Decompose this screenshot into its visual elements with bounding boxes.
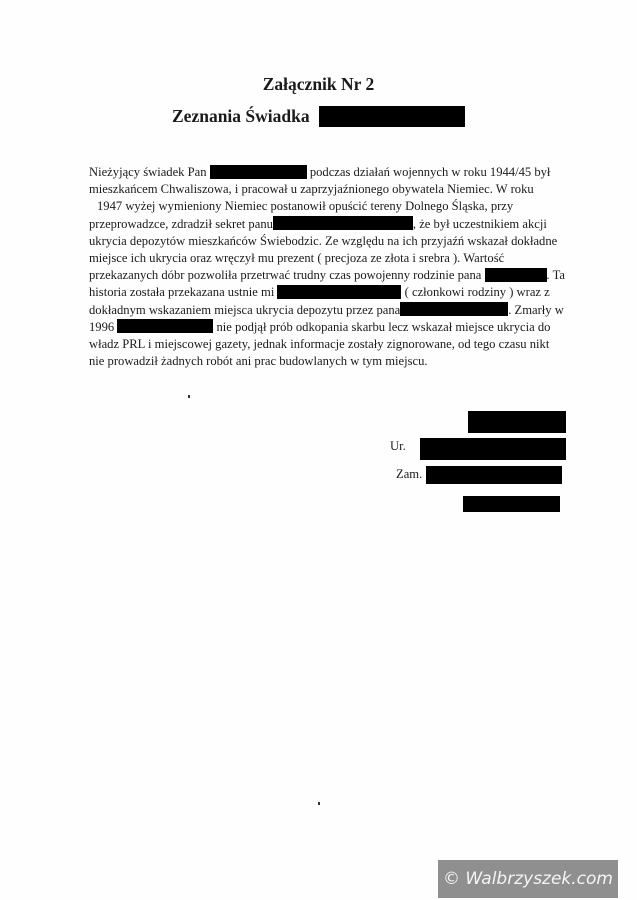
body-line: historia została przekazana ustnie mi ( … <box>89 284 559 301</box>
scan-speck <box>318 802 320 805</box>
redacted-name <box>273 216 413 230</box>
body-line: władz PRL i miejscowej gazety, jednak in… <box>89 336 559 353</box>
redacted-extra <box>463 496 560 512</box>
watermark: © Walbrzyszek.com <box>438 860 618 898</box>
document-subtitle: Zeznania Świadka <box>172 106 465 127</box>
body-line: dokładnym wskazaniem miejsca ukrycia dep… <box>89 302 559 319</box>
redacted-address <box>426 466 562 484</box>
body-line: przeprowadzce, zdradził sekret panu, że … <box>89 216 559 233</box>
subtitle-text: Zeznania Świadka <box>172 106 310 127</box>
redacted-name <box>277 285 401 299</box>
redacted-name <box>400 302 508 316</box>
body-line: ukrycia depozytów mieszkańców Świebodzic… <box>89 233 559 250</box>
signature-block: Ur. Zam. <box>380 405 580 515</box>
redacted-name <box>117 319 213 333</box>
born-label: Ur. <box>390 439 406 454</box>
scan-speck <box>188 395 190 398</box>
body-line: Nieżyjący świadek Pan podczas działań wo… <box>89 164 559 181</box>
document-title: Załącznik Nr 2 <box>0 74 637 95</box>
redacted-name <box>485 268 547 282</box>
body-line: 1996 nie podjął prób odkopania skarbu le… <box>89 319 559 336</box>
testimony-body: Nieżyjący świadek Pan podczas działań wo… <box>89 164 559 370</box>
body-line: mieszkańcem Chwaliszowa, i pracował u za… <box>89 181 559 198</box>
redacted-birth-info <box>420 438 566 460</box>
body-line: miejsce ich ukrycia oraz wręczył mu prez… <box>89 250 559 267</box>
body-line: przekazanych dóbr pozwoliła przetrwać tr… <box>89 267 559 284</box>
body-line: nie prowadził żadnych robót ani prac bud… <box>89 353 559 370</box>
redacted-name <box>210 165 307 179</box>
address-label: Zam. <box>396 467 422 482</box>
redacted-signature-name <box>468 411 566 433</box>
body-line: 1947 wyżej wymieniony Niemiec postanowił… <box>89 198 559 215</box>
redacted-witness-name <box>319 106 465 127</box>
